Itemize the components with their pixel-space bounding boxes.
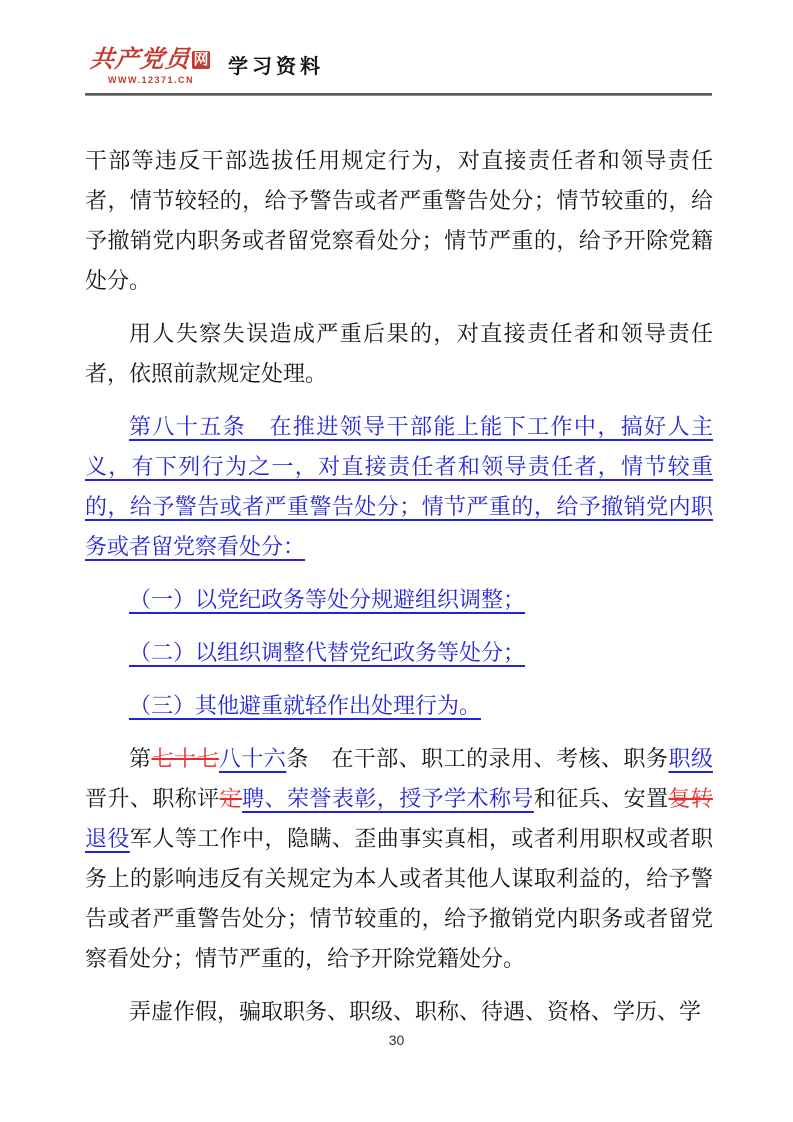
paragraph-text: 条 在干部、职工的录用、考核、职务	[286, 746, 668, 771]
deleted-text: 定	[220, 786, 242, 811]
inserted-text: 聘、荣誉表彰，授予学术称号	[242, 786, 534, 811]
page-number: 30	[389, 1032, 405, 1048]
paragraph-text: 晋升、职称评	[85, 786, 220, 811]
page-footer: 30	[0, 1032, 793, 1048]
deleted-text: 七十七	[151, 746, 218, 771]
paragraph-continuation: 干部等违反干部选拔任用规定行为，对直接责任者和领导责任者，情节较轻的，给予警告或…	[85, 141, 713, 301]
list-item-2: （二）以组织调整代替党纪政务等处分；	[85, 633, 713, 673]
document-page: 共产党员 网 WWW.12371.CN 学习资料 干部等违反干部选拔任用规定行为…	[0, 0, 793, 1122]
paragraph: 用人失察失误造成严重后果的，对直接责任者和领导责任者，依照前款规定处理。	[85, 314, 713, 394]
inserted-text: 退役	[85, 826, 130, 851]
paragraph-text: 军人等工作中，隐瞒、歪曲事实真相，或者利用职权或者职务上的影响违反有关规定为本人…	[85, 826, 713, 971]
inserted-text: 职级	[668, 746, 712, 771]
paragraph-article-85: 第八十五条 在推进领导干部能上能下工作中，搞好人主义，有下列行为之一，对直接责任…	[85, 407, 713, 567]
page-header: 共产党员 网 WWW.12371.CN 学习资料	[90, 46, 324, 94]
paragraph-article-86: 第七十七八十六条 在干部、职工的录用、考核、职务职级晋升、职称评定聘、荣誉表彰，…	[85, 739, 713, 979]
inserted-text: 第八十五条 在推进领导干部能上能下工作中，搞好人主义，有下列行为之一，对直接责任…	[85, 414, 713, 559]
inserted-text: （二）以组织调整代替党纪政务等处分；	[129, 640, 525, 665]
paragraph: 弄虚作假，骗取职务、职级、职称、待遇、资格、学历、学	[85, 992, 713, 1032]
header-title: 学习资料	[228, 50, 324, 79]
paragraph-text: 用人失察失误造成严重后果的，对直接责任者和领导责任者，依照前款规定处理。	[85, 321, 713, 386]
logo-calligraphy-text: 共产党员	[89, 48, 192, 72]
paragraph-text: 弄虚作假，骗取职务、职级、职称、待遇、资格、学历、学	[129, 999, 701, 1024]
inserted-text: （三）其他避重就轻作出处理行为。	[129, 693, 481, 718]
document-body: 干部等违反干部选拔任用规定行为，对直接责任者和领导责任者，情节较轻的，给予警告或…	[85, 141, 713, 1045]
logo-net-badge: 网	[192, 51, 210, 69]
site-logo: 共产党员 网 WWW.12371.CN	[90, 46, 210, 85]
deleted-text: 复转	[669, 786, 713, 811]
paragraph-text: 和征兵、安置	[534, 786, 669, 811]
paragraph-text: 第	[129, 746, 151, 771]
logo-url-text: WWW.12371.CN	[108, 76, 210, 85]
list-item-3: （三）其他避重就轻作出处理行为。	[85, 686, 713, 726]
inserted-text: 八十六	[219, 746, 286, 771]
paragraph-text: 干部等违反干部选拔任用规定行为，对直接责任者和领导责任者，情节较轻的，给予警告或…	[85, 148, 713, 293]
list-item-1: （一）以党纪政务等处分规避组织调整；	[85, 580, 713, 620]
inserted-text: （一）以党纪政务等处分规避组织调整；	[129, 587, 525, 612]
logo-top-row: 共产党员 网	[90, 46, 210, 74]
header-divider	[85, 93, 712, 96]
